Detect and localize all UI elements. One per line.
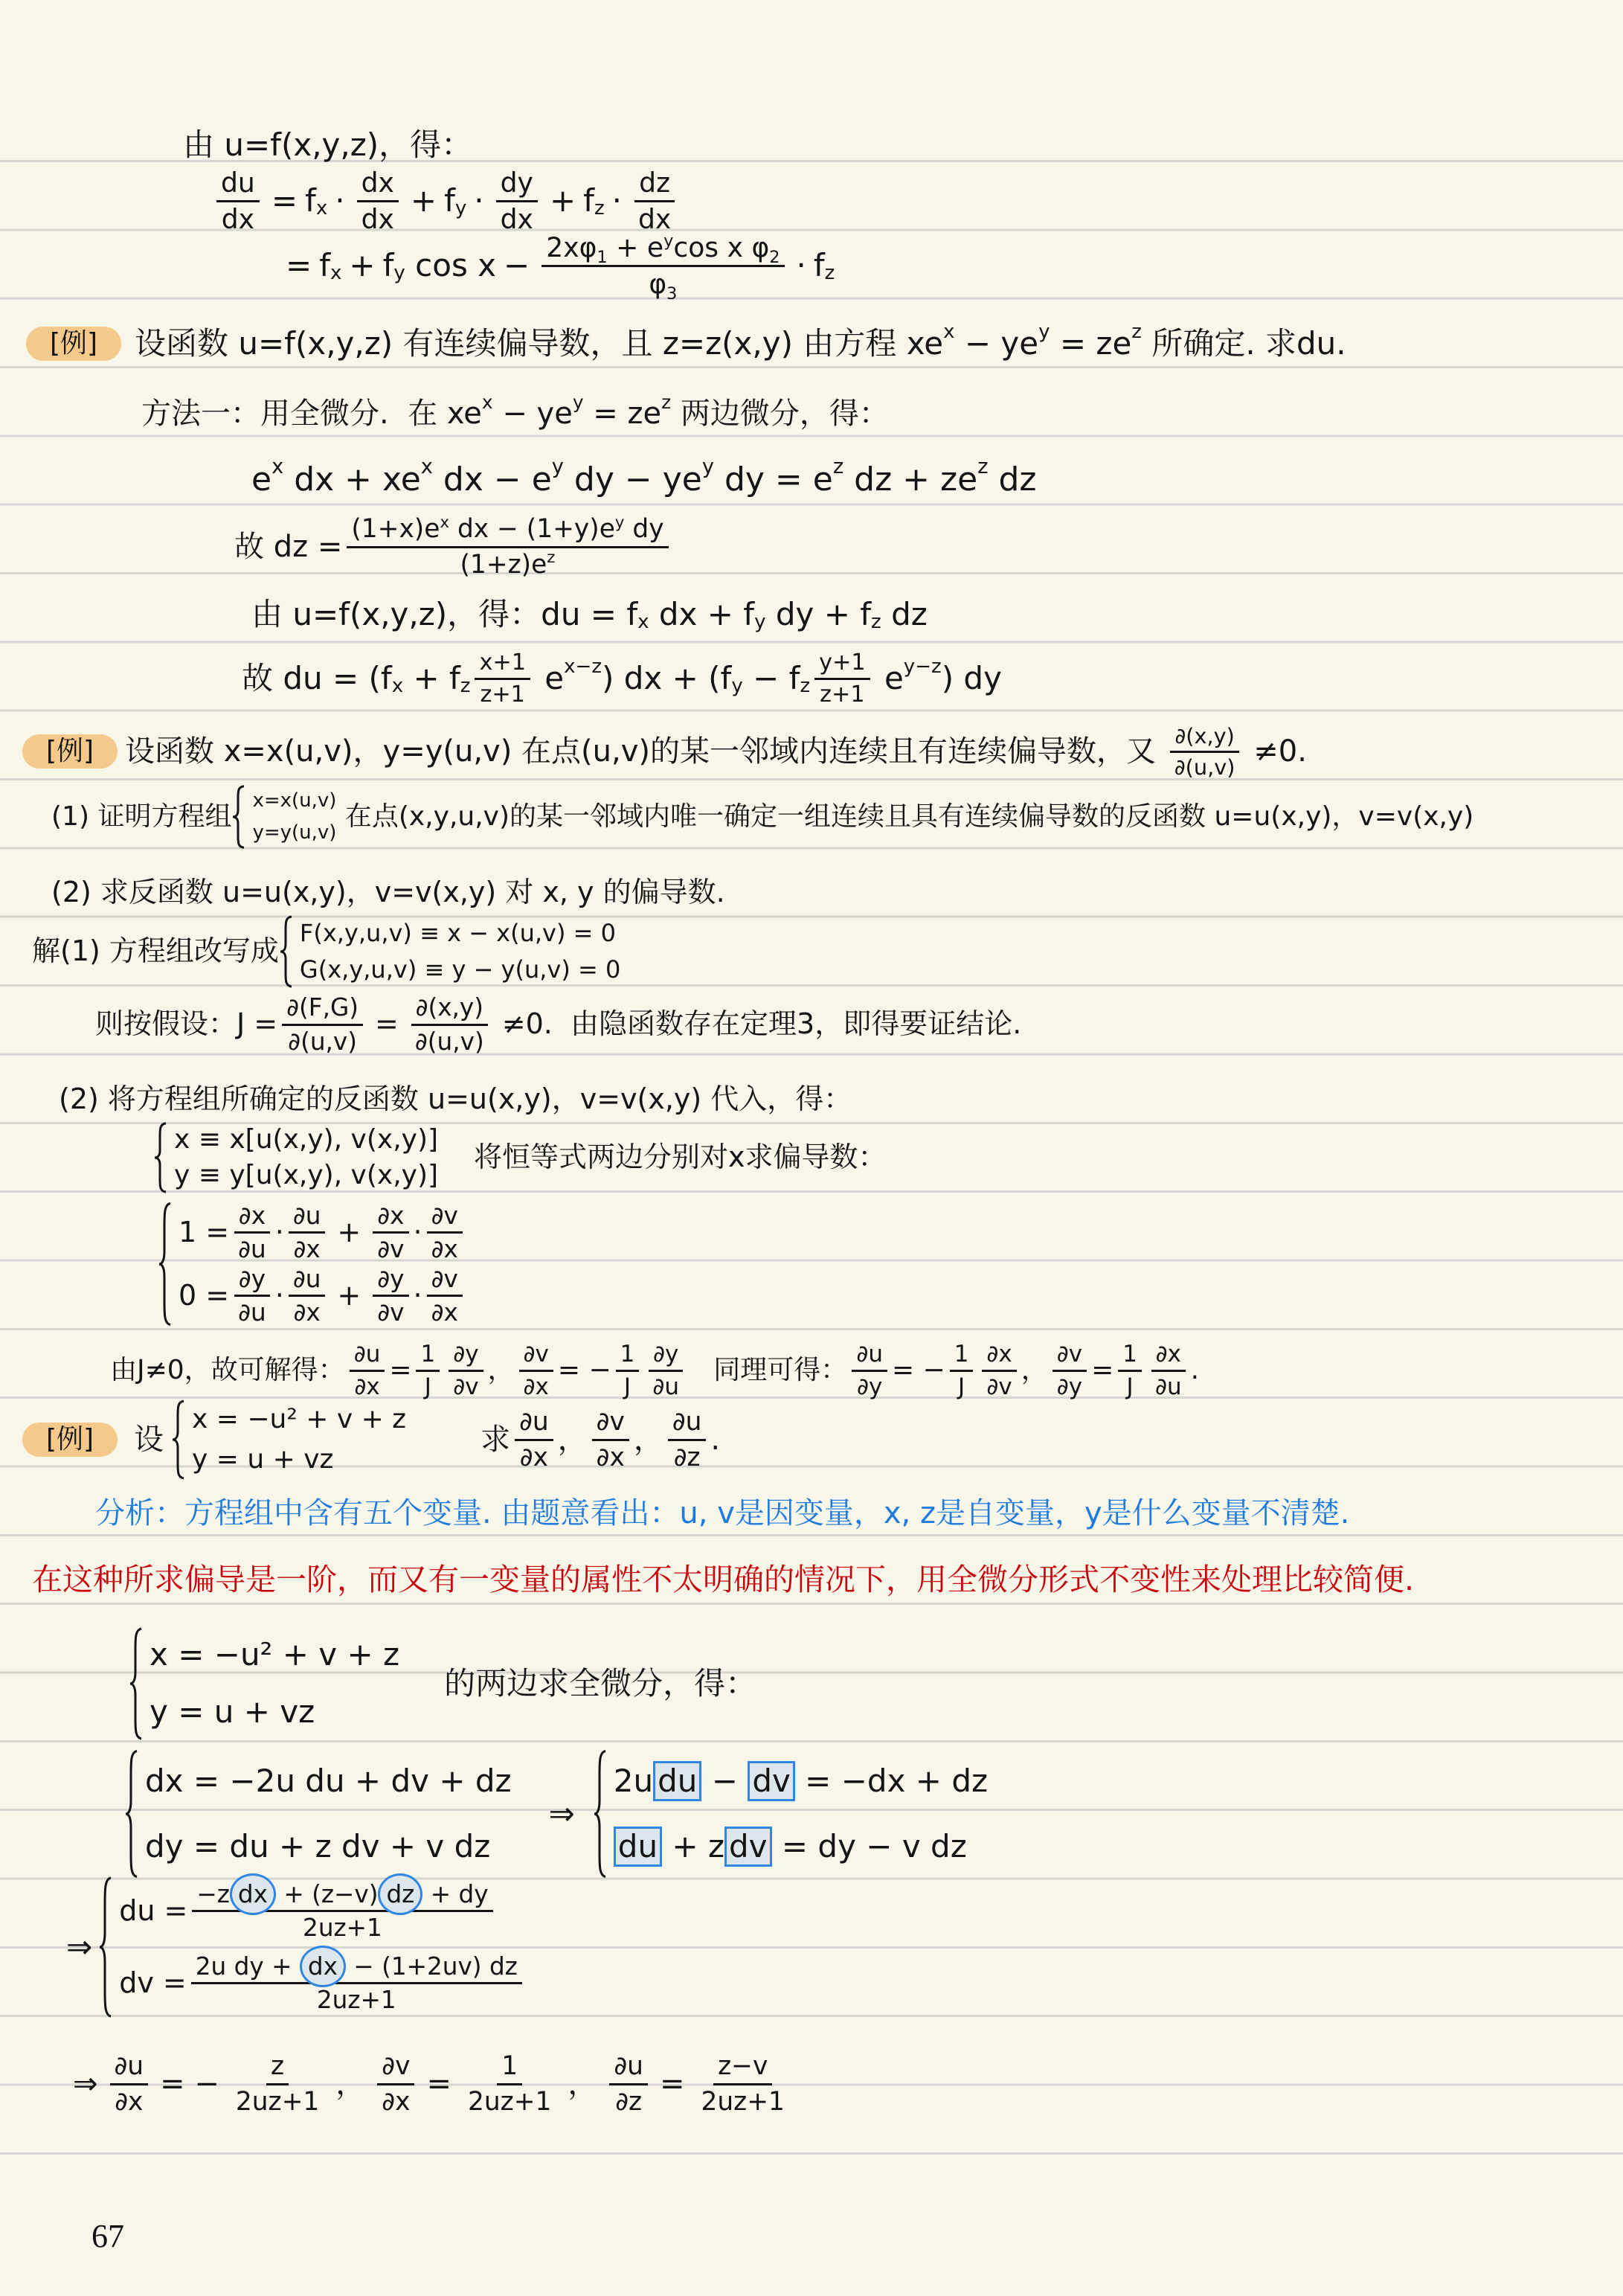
fraction: 2xφ1 + eycos x φ2φ3 bbox=[541, 234, 784, 298]
solution-text: 同理可得： bbox=[688, 1356, 847, 1385]
partial-derivative-system: 1 = ∂x∂u · ∂u∂x + ∂x∂v · ∂v∂x 0 = ∂y∂u ·… bbox=[158, 1201, 467, 1327]
superscript: z bbox=[547, 548, 555, 567]
numerator: ∂y bbox=[449, 1342, 483, 1372]
math-text: −z bbox=[196, 1880, 230, 1908]
fraction: ∂v∂x bbox=[519, 1342, 553, 1399]
system-row: G(x,y,u,v) ≡ y − y(u,v) = 0 bbox=[300, 958, 620, 983]
dot-operator: · bbox=[275, 1218, 284, 1248]
fraction: ∂y∂u bbox=[234, 1266, 271, 1326]
equals-sign: = bbox=[1091, 1356, 1113, 1385]
denominator: ∂x bbox=[289, 1234, 325, 1262]
jacobian-condition: 则按假设：J = ∂(F,G)∂(u,v) = ∂(x,y)∂(u,v) ≠0.… bbox=[95, 994, 1021, 1055]
fraction: ∂v∂x bbox=[592, 1408, 629, 1470]
numerator: 1 bbox=[497, 2053, 522, 2085]
question-text: 设函数 x=x(u,v)，y=y(u,v) 在点(u,v)的某一邻域内连续且有连… bbox=[125, 736, 1166, 767]
denominator: ∂x bbox=[427, 1234, 463, 1262]
math-text: dx + f bbox=[649, 598, 755, 631]
equals-sign: = bbox=[286, 249, 312, 282]
numerator: x+1 bbox=[475, 651, 530, 680]
dot-operator: · bbox=[612, 185, 622, 217]
example-1-question: [例] 设函数 u=f(x,y,z) 有连续偏导数，且 z=z(x,y) 由方程… bbox=[26, 321, 1346, 366]
math-text: 2xφ bbox=[546, 231, 597, 263]
implies-arrow-icon: ⇒ bbox=[73, 2068, 98, 2100]
plus-sign: + bbox=[550, 185, 576, 217]
system-row: y=y(u,v) bbox=[252, 823, 336, 843]
denominator: ∂x bbox=[515, 1441, 553, 1471]
dot-operator: · bbox=[414, 1281, 422, 1311]
equation-system: x=x(u,v) y=y(u,v) bbox=[231, 785, 336, 849]
question-text: 所确定. 求du. bbox=[1142, 327, 1346, 360]
equation-system: x = −u² + v + z y = u + vz bbox=[171, 1399, 406, 1480]
numerator: ∂(F,G) bbox=[282, 995, 363, 1025]
math-text: dx − (1+y)e bbox=[449, 514, 615, 544]
numerator: 2xφ1 + eycos x φ2 bbox=[541, 234, 784, 267]
fraction: ∂u∂x bbox=[515, 1408, 553, 1470]
system-rows: 2udu − dv = −dx + dz du + zdv = dy − v d… bbox=[614, 1748, 988, 1879]
math-text: dz + ze bbox=[843, 463, 977, 497]
numerator: ∂u bbox=[289, 1203, 326, 1234]
differential-equation: ex dx + xex dx − ey dy − yey dy = ez dz … bbox=[251, 455, 1037, 504]
step-3-solution: ⇒ du = −zdx + (z−v)dz + dy2uz+1 dv = 2u … bbox=[66, 1875, 527, 2019]
numerator: y+1 bbox=[814, 651, 870, 680]
plus-sign: + bbox=[411, 185, 437, 217]
left-brace-icon bbox=[593, 1748, 608, 1879]
dot-operator: · bbox=[797, 249, 806, 282]
intro-line: 由 u=f(x,y,z)，得： bbox=[183, 124, 472, 167]
fraction: ∂v∂x bbox=[427, 1266, 463, 1326]
notebook-page: 由 u=f(x,y,z)，得： dudx = fx · dxdx + fy · … bbox=[0, 0, 1623, 2296]
denominator: dx bbox=[496, 202, 538, 234]
numerator: ∂y bbox=[649, 1342, 683, 1372]
dot-operator: · bbox=[414, 1218, 422, 1248]
math-text: + (z−v) bbox=[276, 1880, 379, 1908]
numerator: (1+x)ex dx − (1+y)ey dy bbox=[347, 516, 668, 548]
numerator: z−v bbox=[713, 2053, 772, 2085]
period: . bbox=[710, 1424, 720, 1455]
prompt-text: (1) 证明方程组 bbox=[51, 803, 231, 831]
superscript: x bbox=[440, 513, 449, 532]
denominator: J bbox=[1122, 1372, 1138, 1399]
left-brace-icon bbox=[129, 1626, 144, 1741]
denominator: ∂x bbox=[377, 2085, 414, 2115]
analysis-note: 分析：方程组中含有五个变量. 由题意看出：u, v是因变量，x, z是自变量，y… bbox=[95, 1490, 1349, 1536]
subscript: 3 bbox=[666, 284, 677, 304]
math-text: e bbox=[535, 662, 564, 695]
numerator: ∂u bbox=[350, 1342, 385, 1372]
jacobian-fraction: ∂(x,y)∂(u,v) bbox=[1170, 725, 1240, 777]
fraction: ∂x∂v bbox=[373, 1203, 408, 1263]
step-2-differentials: dx = −2u du + dv + dz dy = du + z dv + v… bbox=[124, 1748, 988, 1879]
denominator: ∂x bbox=[289, 1297, 325, 1325]
numerator: ∂(x,y) bbox=[1170, 725, 1239, 752]
numerator: ∂x bbox=[1151, 1342, 1186, 1372]
equals-sign: = bbox=[271, 185, 298, 217]
math-text: cos x φ bbox=[673, 231, 769, 263]
equals-sign: = bbox=[426, 2068, 451, 2100]
system-rows: x ≡ x[u(x,y), v(x,y)] y ≡ y[u(x,y), v(x,… bbox=[174, 1122, 438, 1193]
superscript: y bbox=[615, 513, 625, 532]
separator: ， bbox=[558, 1424, 588, 1455]
denominator: 2uz+1 bbox=[231, 2085, 324, 2115]
fraction: ∂x∂u bbox=[1151, 1342, 1186, 1399]
denominator: 2uz+1 bbox=[463, 2085, 556, 2115]
numerator: du bbox=[216, 169, 260, 202]
denominator: ∂y bbox=[852, 1372, 887, 1399]
equation-system: du = −zdx + (z−v)dz + dy2uz+1 dv = 2u dy… bbox=[98, 1875, 527, 2019]
system-row: F(x,y,u,v) ≡ x − x(u,v) = 0 bbox=[300, 921, 620, 946]
system-row: du = −zdx + (z−v)dz + dy2uz+1 bbox=[119, 1882, 527, 1941]
system-row: dy = du + z dv + v dz bbox=[145, 1830, 512, 1863]
question-text: − ye bbox=[955, 327, 1039, 360]
math-text: (1+x)e bbox=[351, 514, 440, 544]
separator: ， bbox=[488, 1356, 515, 1385]
denominator: ∂v bbox=[373, 1297, 408, 1325]
system-row: 0 = ∂y∂u · ∂u∂x + ∂y∂v · ∂v∂x bbox=[179, 1266, 467, 1326]
fraction: ∂y∂u bbox=[648, 1342, 684, 1399]
fraction: ∂u∂z bbox=[609, 2053, 648, 2114]
separator: ， bbox=[1021, 1356, 1048, 1385]
example-2-question: [例] 设函数 x=x(u,v)，y=y(u,v) 在点(u,v)的某一邻域内连… bbox=[22, 720, 1307, 783]
numerator: ∂v bbox=[427, 1266, 463, 1297]
numerator: ∂x bbox=[982, 1342, 1016, 1372]
denominator: 2uz+1 bbox=[697, 2085, 789, 2115]
left-brace-icon bbox=[231, 785, 246, 849]
minus-sign: − bbox=[504, 249, 530, 282]
fraction: ∂v∂x bbox=[377, 2053, 414, 2114]
numerator: −zdx + (z−v)dz + dy bbox=[192, 1882, 492, 1912]
equals-sign: = bbox=[660, 2068, 685, 2100]
numerator: 1 bbox=[950, 1342, 974, 1372]
analysis-text: 分析：方程组中含有五个变量. 由题意看出：u, v是因变量，x, z是自变量，y… bbox=[95, 1498, 1349, 1529]
system-rows: F(x,y,u,v) ≡ x − x(u,v) = 0 G(x,y,u,v) ≡… bbox=[300, 915, 620, 988]
solution-text: 将恒等式两边分别对x求偏导数： bbox=[474, 1143, 887, 1173]
numerator: ∂u bbox=[515, 1408, 553, 1440]
example-3-question: [例] 设 x = −u² + v + z y = u + vz 求 ∂u∂x … bbox=[22, 1399, 720, 1481]
method-text: 两边微分，得： bbox=[671, 398, 889, 429]
denominator: ∂x bbox=[110, 2085, 147, 2115]
denominator: 2uz+1 bbox=[312, 1984, 401, 2013]
cos-term: cos x bbox=[405, 249, 496, 282]
highlighted-du: du bbox=[653, 1761, 701, 1801]
system-row: du + zdv = dy − v dz bbox=[614, 1827, 988, 1867]
system-row: 2udu − dv = −dx + dz bbox=[614, 1761, 988, 1801]
separator: ， bbox=[568, 2068, 597, 2100]
system-rows: x=x(u,v) y=y(u,v) bbox=[252, 785, 336, 849]
du-final-equation: 故 du = (fx + fz x+1z+1 ex−z ) dx + (fy −… bbox=[242, 646, 1002, 711]
numerator: dy bbox=[496, 169, 538, 202]
equals-sign: = − bbox=[160, 2068, 219, 2100]
question-text: 求 bbox=[481, 1424, 510, 1455]
separator: ， bbox=[335, 2068, 365, 2100]
fraction: dudx bbox=[216, 169, 260, 234]
denominator: ∂x bbox=[519, 1372, 553, 1399]
equals-sign: = bbox=[375, 1010, 399, 1039]
dot-operator: · bbox=[474, 185, 483, 217]
chain-rule-equation: dudx = fx · dxdx + fy · dydx + fz · dzdx bbox=[212, 165, 680, 237]
fraction: −zdx + (z−v)dz + dy2uz+1 bbox=[192, 1882, 492, 1941]
denominator: ∂u bbox=[234, 1297, 271, 1325]
system-row: dx = −2u du + dv + dz bbox=[145, 1765, 512, 1798]
denominator: ∂z bbox=[611, 2085, 646, 2115]
example-tag: [例] bbox=[22, 1423, 118, 1457]
dot-operator: · bbox=[275, 1281, 284, 1311]
numerator: dz bbox=[634, 169, 675, 202]
numerator: ∂v bbox=[592, 1408, 629, 1440]
numerator: ∂u bbox=[668, 1408, 707, 1440]
system-rows: x = −u² + v + z y = u + vz bbox=[192, 1399, 406, 1480]
numerator: ∂u bbox=[852, 1342, 887, 1372]
method-text: 方法一：用全微分. 在 xe bbox=[141, 398, 482, 429]
method-text: = ze bbox=[584, 398, 662, 429]
final-partials: ⇒ ∂u∂x = − z2uz+1 ， ∂v∂x = 12uz+1 ， ∂u∂z… bbox=[73, 2048, 794, 2120]
equation-system: x = −u² + v + z y = u + vz bbox=[129, 1626, 399, 1741]
system-row: 1 = ∂x∂u · ∂u∂x + ∂x∂v · ∂v∂x bbox=[179, 1203, 467, 1263]
math-text: dy bbox=[624, 514, 663, 544]
equation-system: dx = −2u du + dv + dz dy = du + z dv + v… bbox=[124, 1748, 512, 1879]
denominator: ∂v bbox=[373, 1234, 408, 1262]
math-text: e bbox=[251, 463, 271, 497]
fraction: ∂u∂x bbox=[289, 1203, 326, 1263]
math-text: − bbox=[701, 1765, 748, 1798]
solution-text: ≠0. 由隐函数存在定理3，即得要证结论. bbox=[493, 1010, 1022, 1039]
step-text: 的两边求全微分，得： bbox=[444, 1667, 756, 1700]
math-text: + dy bbox=[422, 1880, 488, 1908]
system-row: y ≡ y[u(x,y), v(x,y)] bbox=[174, 1161, 438, 1190]
question-text: = ze bbox=[1050, 327, 1132, 360]
question-text: 设函数 u=f(x,y,z) 有连续偏导数，且 z=z(x,y) 由方程 xe bbox=[135, 327, 943, 360]
denominator: ∂(u,v) bbox=[283, 1026, 361, 1054]
fraction: ∂v∂x bbox=[427, 1203, 463, 1263]
left-brace-icon bbox=[171, 1399, 186, 1480]
solution-text: 则按假设：J = bbox=[95, 1010, 277, 1039]
numerator: ∂x bbox=[234, 1203, 270, 1234]
system-row: x = −u² + v + z bbox=[150, 1638, 399, 1671]
fraction: ∂u∂y bbox=[852, 1342, 887, 1399]
implies-arrow-icon: ⇒ bbox=[66, 1931, 92, 1963]
highlighted-dv: dv bbox=[724, 1827, 772, 1867]
denominator: ∂x bbox=[350, 1372, 384, 1399]
math-text: 2u bbox=[614, 1765, 653, 1798]
question-text: ≠0. bbox=[1244, 736, 1307, 767]
method-tip-note: 在这种所求偏导是一阶，而又有一变量的属性不太明确的情况下，用全微分形式不变性来处… bbox=[32, 1557, 1414, 1603]
numerator: 2u dy + dx − (1+2uv) dz bbox=[191, 1954, 522, 1984]
math-text: + f bbox=[403, 662, 460, 695]
du-total-differential: 由 u=f(x,y,z)，得：du = fx dx + fy dy + fz d… bbox=[251, 589, 928, 640]
denominator: dx bbox=[634, 202, 675, 234]
left-brace-icon bbox=[153, 1122, 168, 1193]
question-text: 设 bbox=[134, 1424, 164, 1455]
fraction: ∂y∂v bbox=[449, 1342, 483, 1399]
fraction: dxdx bbox=[357, 169, 399, 234]
math-text: dx − e bbox=[433, 463, 552, 497]
fraction: 2u dy + dx − (1+2uv) dz2uz+1 bbox=[191, 1954, 522, 2013]
fraction: 1J bbox=[1118, 1342, 1142, 1399]
solution-2-intro: (2) 将方程组所确定的反函数 u=u(x,y)，v=v(x,y) 代入，得： bbox=[59, 1078, 852, 1121]
math-text: = −dx + dz bbox=[795, 1765, 988, 1798]
fraction: ∂u∂z bbox=[668, 1408, 707, 1470]
circled-dz: dz bbox=[378, 1873, 422, 1915]
system-rows: dx = −2u du + dv + dz dy = du + z dv + v… bbox=[145, 1748, 512, 1879]
math-text: dv = bbox=[119, 1969, 187, 1998]
math-text: 2u dy + bbox=[196, 1952, 300, 1981]
denominator: ∂u bbox=[1151, 1372, 1186, 1399]
denominator: z+1 bbox=[815, 680, 869, 707]
equals-sign: = bbox=[389, 1356, 411, 1385]
fraction: ∂x∂u bbox=[234, 1203, 271, 1263]
method-one-line: 方法一：用全微分. 在 xex − yey = zez 两边微分，得： bbox=[141, 392, 889, 435]
denominator: z+1 bbox=[475, 680, 529, 707]
denominator: ∂y bbox=[1052, 1372, 1087, 1399]
left-brace-icon bbox=[124, 1748, 139, 1879]
denominator: φ3 bbox=[644, 267, 681, 298]
equals-sign: = − bbox=[558, 1356, 611, 1385]
superscript: y bbox=[663, 231, 673, 251]
fraction: 12uz+1 bbox=[463, 2053, 556, 2114]
part-1-prompt: (1) 证明方程组 x=x(u,v) y=y(u,v) 在点(x,y,u,v)的… bbox=[51, 784, 1473, 850]
circled-dx: dx bbox=[300, 1946, 346, 1987]
example-tag: [例] bbox=[26, 327, 121, 361]
identity-system: x ≡ x[u(x,y), v(x,y)] y ≡ y[u(x,y), v(x,… bbox=[153, 1122, 887, 1193]
system-row: y = u + vz bbox=[192, 1446, 406, 1474]
denominator: ∂v bbox=[449, 1372, 483, 1399]
fraction: ∂u∂x bbox=[350, 1342, 385, 1399]
equation-system: 2udu − dv = −dx + dz du + zdv = dy − v d… bbox=[593, 1748, 988, 1879]
numerator: ∂y bbox=[373, 1266, 408, 1297]
separator: ， bbox=[634, 1424, 663, 1455]
math-text: ) dx + (f bbox=[602, 662, 731, 695]
numerator: z bbox=[266, 2053, 289, 2085]
fraction: 1J bbox=[616, 1342, 640, 1399]
math-text: 0 = bbox=[179, 1281, 229, 1311]
circled-dx: dx bbox=[230, 1873, 276, 1915]
equation-system: F(x,y,u,v) ≡ x − x(u,v) = 0 G(x,y,u,v) ≡… bbox=[279, 915, 620, 988]
fraction: ∂(x,y)∂(u,v) bbox=[411, 995, 489, 1054]
system-rows: du = −zdx + (z−v)dz + dy2uz+1 dv = 2u dy… bbox=[119, 1875, 527, 2019]
fraction: ∂(F,G)∂(u,v) bbox=[282, 995, 363, 1054]
substituted-equation: = fx + fy cos x − 2xφ1 + eycos x φ2φ3 · … bbox=[278, 235, 835, 296]
plus-sign: + bbox=[349, 249, 375, 282]
subscript: 2 bbox=[769, 248, 780, 267]
period: . bbox=[1191, 1356, 1199, 1385]
function-symbol: f bbox=[814, 249, 825, 282]
math-text: 故 dz = bbox=[234, 531, 342, 562]
math-text: 故 du = (f bbox=[242, 662, 392, 695]
intro-text: 由 u=f(x,y,z)，得： bbox=[183, 129, 472, 161]
math-text: 由 u=f(x,y,z)，得：du = f bbox=[251, 598, 637, 631]
solution-text: 解(1) 方程组改写成 bbox=[32, 937, 279, 966]
system-row: x ≡ x[u(x,y), v(x,y)] bbox=[174, 1126, 438, 1154]
system-row: y = u + vz bbox=[150, 1696, 399, 1728]
left-brace-icon bbox=[279, 915, 294, 988]
inverse-partials-result: 由J≠0，故可解得： ∂u∂x = 1J ∂y∂v ， ∂v∂x = − 1J … bbox=[110, 1342, 1199, 1399]
step-1-system: x = −u² + v + z y = u + vz 的两边求全微分，得： bbox=[129, 1626, 756, 1741]
method-text: − ye bbox=[493, 398, 573, 429]
denominator: ∂u bbox=[234, 1234, 271, 1262]
part-2-prompt: (2) 求反函数 u=u(x,y)，v=v(x,y) 对 x, y 的偏导数. bbox=[51, 872, 725, 914]
math-text: dy + f bbox=[766, 598, 872, 631]
fraction: ∂u∂x bbox=[110, 2053, 149, 2114]
fraction: (1+x)ex dx − (1+y)ey dy(1+z)ez bbox=[347, 516, 668, 577]
fraction: dydx bbox=[496, 169, 538, 234]
fraction: z−v2uz+1 bbox=[697, 2053, 789, 2114]
system-row: x=x(u,v) bbox=[252, 791, 336, 811]
denominator: J bbox=[954, 1372, 969, 1399]
solution-text: (2) 将方程组所确定的反函数 u=u(x,y)，v=v(x,y) 代入，得： bbox=[59, 1085, 852, 1115]
math-text: ) dy bbox=[942, 662, 1002, 695]
numerator: ∂u bbox=[289, 1266, 326, 1297]
math-text: (1+z)e bbox=[460, 550, 547, 580]
math-text: + e bbox=[608, 231, 663, 263]
fraction: 1J bbox=[950, 1342, 974, 1399]
fraction: 1J bbox=[416, 1342, 440, 1399]
equals-sign: = − bbox=[892, 1356, 945, 1385]
system-row: x = −u² + v + z bbox=[192, 1405, 406, 1434]
numerator: ∂y bbox=[234, 1266, 270, 1297]
math-text: − (1+2uv) dz bbox=[346, 1952, 518, 1981]
prompt-text: (2) 求反函数 u=u(x,y)，v=v(x,y) 对 x, y 的偏导数. bbox=[51, 878, 725, 908]
system-rows: x = −u² + v + z y = u + vz bbox=[150, 1626, 399, 1741]
numerator: ∂v bbox=[427, 1203, 463, 1234]
numerator: ∂u bbox=[609, 2053, 648, 2085]
dot-operator: · bbox=[335, 185, 344, 217]
fraction: dzdx bbox=[634, 169, 675, 234]
denominator: ∂(u,v) bbox=[1170, 753, 1240, 778]
math-text: dy = e bbox=[714, 463, 833, 497]
dz-equation: 故 dz = (1+x)ex dx − (1+y)ey dy(1+z)ez bbox=[234, 518, 673, 576]
system-row: dv = 2u dy + dx − (1+2uv) dz2uz+1 bbox=[119, 1954, 527, 2013]
numerator: ∂v bbox=[519, 1342, 553, 1372]
function-symbol: f bbox=[319, 249, 330, 282]
implies-arrow-icon: ⇒ bbox=[549, 1798, 575, 1830]
denominator: ∂u bbox=[648, 1372, 684, 1399]
math-text: φ bbox=[649, 268, 666, 300]
numerator: ∂u bbox=[110, 2053, 149, 2085]
fraction: z2uz+1 bbox=[231, 2053, 324, 2114]
math-text: dz bbox=[989, 463, 1037, 497]
numerator: ∂(x,y) bbox=[411, 995, 488, 1025]
math-text: = dy − v dz bbox=[772, 1830, 967, 1863]
prompt-text: 在点(x,y,u,v)的某一邻域内唯一确定一组连续且具有连续偏导数的反函数 u=… bbox=[336, 803, 1473, 831]
math-text: − f bbox=[743, 662, 800, 695]
denominator: J bbox=[620, 1372, 635, 1399]
numerator: dx bbox=[357, 169, 399, 202]
numerator: 1 bbox=[1118, 1342, 1142, 1372]
plus-sign: + bbox=[337, 1281, 361, 1311]
numerator: ∂x bbox=[373, 1203, 408, 1234]
page-number: 67 bbox=[91, 2217, 124, 2255]
highlighted-du: du bbox=[614, 1827, 662, 1867]
function-symbol: f bbox=[383, 249, 394, 282]
function-symbol: f bbox=[305, 185, 316, 217]
math-text: e bbox=[875, 662, 904, 695]
fraction: x+1z+1 bbox=[475, 651, 530, 706]
numerator: 1 bbox=[416, 1342, 440, 1372]
numerator: 1 bbox=[616, 1342, 640, 1372]
fraction: ∂v∂y bbox=[1052, 1342, 1087, 1399]
equation-system: 1 = ∂x∂u · ∂u∂x + ∂x∂v · ∂v∂x 0 = ∂y∂u ·… bbox=[158, 1201, 467, 1327]
function-symbol: f bbox=[444, 185, 455, 217]
solution-1-rewrite: 解(1) 方程组改写成 F(x,y,u,v) ≡ x − x(u,v) = 0 … bbox=[32, 915, 620, 988]
plus-sign: + bbox=[337, 1218, 361, 1248]
denominator: J bbox=[420, 1372, 436, 1399]
subscript: 1 bbox=[597, 248, 607, 267]
math-text: dy − ye bbox=[564, 463, 702, 497]
denominator: ∂x bbox=[427, 1297, 463, 1325]
denominator: ∂(u,v) bbox=[411, 1026, 489, 1054]
math-text: du = bbox=[119, 1896, 187, 1926]
math-text: + z bbox=[662, 1830, 724, 1863]
left-brace-icon bbox=[158, 1201, 173, 1327]
